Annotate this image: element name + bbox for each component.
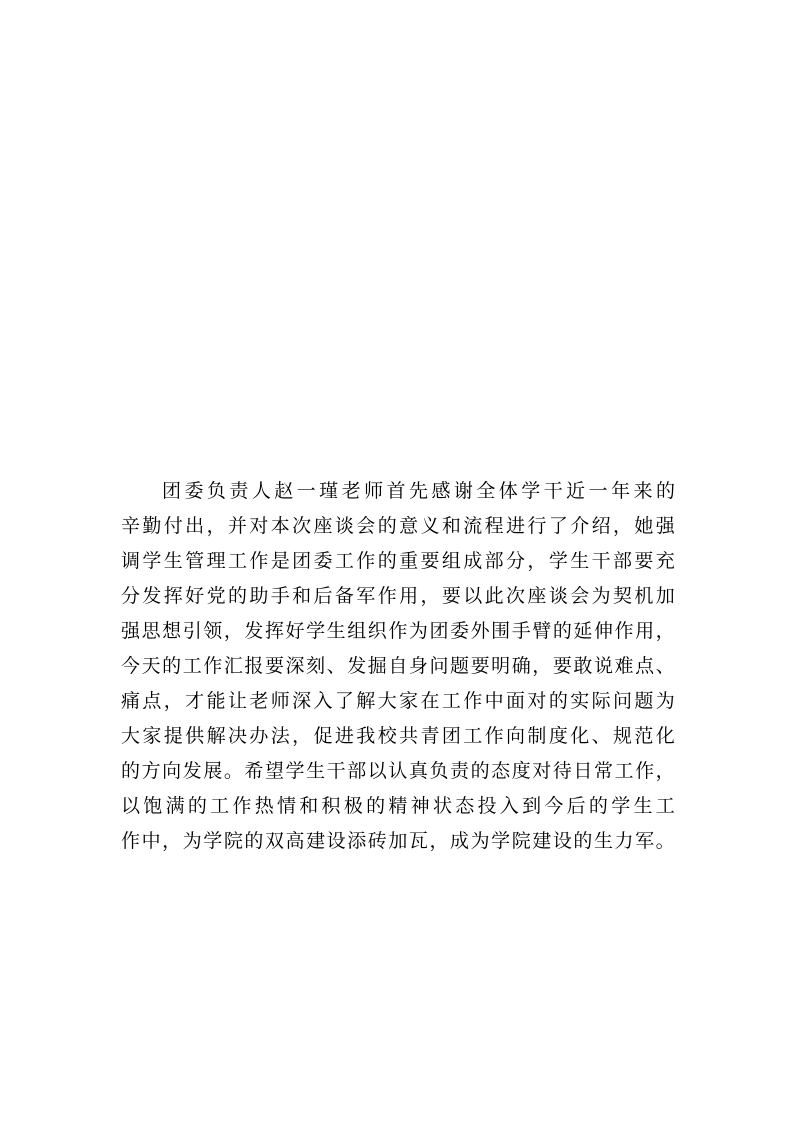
paragraph-line: 调学生管理工作是团委工作的重要组成部分，学生干部要充 [121,544,675,579]
paragraph-line: 今天的工作汇报要深刻、发掘自身问题要明确，要敢说难点、 [121,649,675,684]
paragraph-line: 团委负责人赵一瑾老师首先感谢全体学干近一年来的 [121,474,675,509]
paragraph-line: 以饱满的工作热情和积极的精神状态投入到今后的学生工 [121,789,675,824]
paragraph-line: 痛点，才能让老师深入了解大家在工作中面对的实际问题为 [121,684,675,719]
paragraph-line: 的方向发展。希望学生干部以认真负责的态度对待日常工作， [121,754,675,789]
paragraph-line: 大家提供解决办法，促进我校共青团工作向制度化、规范化 [121,719,675,754]
paragraph-line: 强思想引领，发挥好学生组织作为团委外围手臂的延伸作用， [121,614,675,649]
paragraph-line: 辛勤付出，并对本次座谈会的意义和流程进行了介绍，她强 [121,509,675,544]
paragraph-line: 作中，为学院的双高建设添砖加瓦，成为学院建设的生力军。 [121,824,675,859]
paragraph-line: 分发挥好党的助手和后备军作用，要以此次座谈会为契机加 [121,579,675,614]
body-paragraph: 团委负责人赵一瑾老师首先感谢全体学干近一年来的 辛勤付出，并对本次座谈会的意义和… [121,474,675,859]
document-page: 团委负责人赵一瑾老师首先感谢全体学干近一年来的 辛勤付出，并对本次座谈会的意义和… [0,0,793,1122]
